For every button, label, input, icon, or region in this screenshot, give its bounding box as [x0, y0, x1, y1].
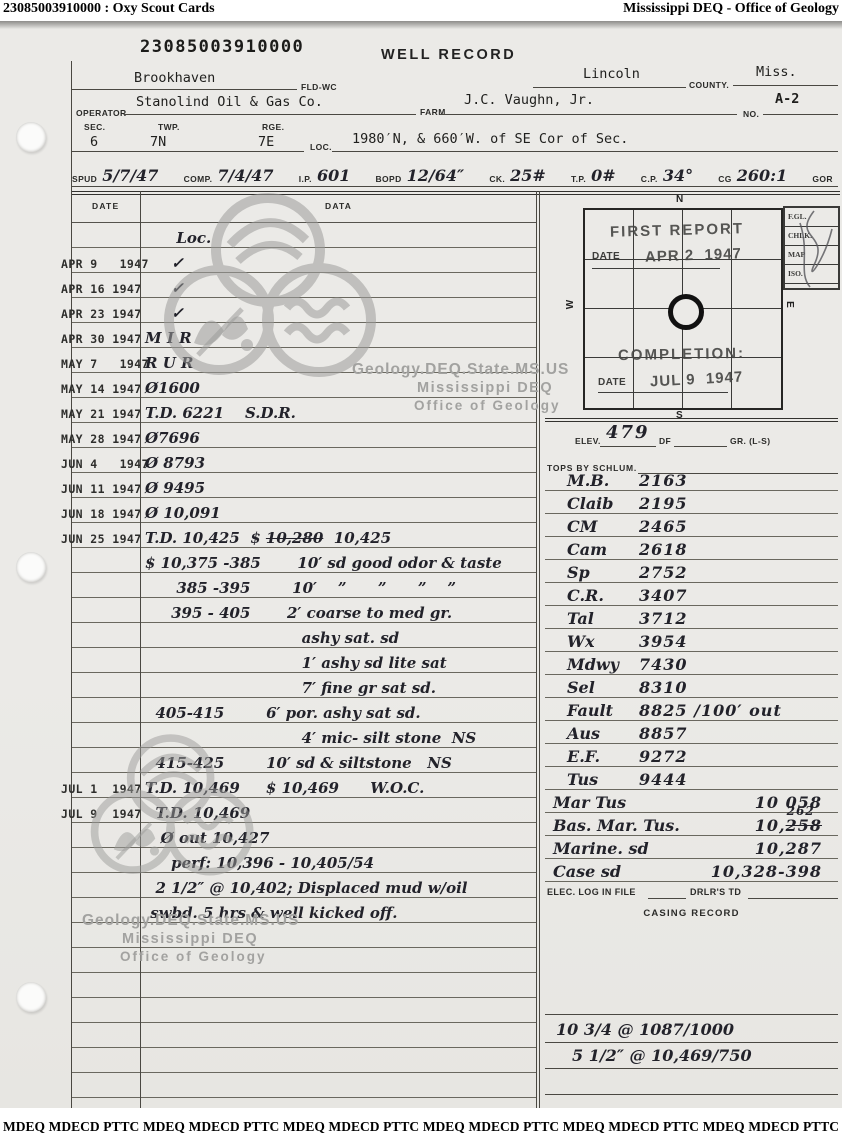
- footer-token: MDECD: [608, 1119, 659, 1135]
- table-row: [72, 1048, 536, 1073]
- top-depth-corrected: 262: [787, 804, 815, 818]
- row-date-stamp: [61, 971, 139, 972]
- table-row: JUN 4 1947Ø 8793: [72, 448, 536, 473]
- table-row: MAY 14 1947Ø1600: [72, 373, 536, 398]
- tops-entry: Marine. sd10,287: [545, 836, 838, 859]
- footer-token: PTTC: [803, 1119, 839, 1135]
- elevation-df-underline: [674, 446, 727, 447]
- spud-segment-value: 25#: [510, 166, 546, 185]
- row-data-pre: Ø1600: [145, 379, 200, 397]
- top-depth: 10,287: [755, 839, 822, 858]
- row-date-stamp: [61, 1046, 139, 1047]
- tops-entry: Fault8825 /100′ out: [545, 698, 838, 721]
- date-column-divider: [140, 191, 141, 1123]
- row-data-text: 395 - 405 2′ coarse to med gr.: [139, 604, 536, 622]
- row-data-text: M I R: [139, 329, 536, 347]
- right-divider-line: [545, 421, 838, 422]
- spud-segment-value: 34°: [663, 166, 693, 185]
- row-date-stamp: JUN 18 1947: [61, 507, 139, 522]
- table-row: [72, 1073, 536, 1098]
- scanned-well-record-page: 23085003910000 : Oxy Scout Cards Mississ…: [0, 0, 842, 1139]
- row-data-pre: T.D. 10,425 $: [145, 529, 266, 547]
- row-data-pre: Loc.: [145, 229, 211, 247]
- field-underline: [72, 89, 297, 90]
- state-underline: [733, 85, 838, 86]
- top-depth-value: 10,328-398: [711, 862, 822, 881]
- twp-label: TWP.: [158, 122, 180, 132]
- top-name: Mdwy: [567, 655, 639, 674]
- casing-line: [545, 1068, 838, 1069]
- spud-line-segment: COMP.7/4/47: [184, 166, 274, 185]
- row-data-pre: swbd. 5 hrs & well kicked off.: [145, 904, 397, 922]
- footer-token: MDEQ: [143, 1119, 185, 1135]
- table-row: 405-415 6′ por. ashy sat sd.: [72, 698, 536, 723]
- row-data-pre: 7′ fine gr sat sd.: [145, 679, 436, 697]
- table-header-date: DATE: [92, 201, 119, 211]
- row-data-text: ✓: [139, 254, 536, 272]
- top-depth-value: 10,287: [755, 839, 822, 858]
- well-no-value: A-2: [775, 91, 799, 107]
- row-date-stamp: [61, 946, 139, 947]
- top-depth: 9272: [639, 747, 688, 766]
- top-name: Sp: [567, 563, 639, 582]
- casing-line: [545, 1042, 838, 1043]
- row-data-pre: ashy sat. sd: [145, 629, 399, 647]
- str-underline: [72, 151, 304, 152]
- table-row: perf: 10,396 - 10,405/54: [72, 848, 536, 873]
- footer-token: PTTC: [243, 1119, 279, 1135]
- row-data-text: Loc.: [139, 229, 536, 247]
- table-row: 2 1/2″ @ 10,402; Displaced mud w/oil: [72, 873, 536, 898]
- row-data-text: swbd. 5 hrs & well kicked off.: [139, 904, 536, 922]
- row-date-stamp: [61, 1096, 139, 1097]
- hole-punch: [16, 122, 46, 152]
- well-symbol: [668, 294, 704, 330]
- row-date-stamp: [61, 921, 139, 922]
- row-date-stamp: JUN 4 1947: [61, 457, 139, 472]
- table-row: 1′ ashy sd lite sat: [72, 648, 536, 673]
- footer-token: PTTC: [103, 1119, 139, 1135]
- top-depth: 3954: [639, 632, 688, 651]
- table-row: JUN 18 1947Ø 10,091: [72, 498, 536, 523]
- row-data-text: T.D. 6221 S.D.R.: [139, 404, 536, 422]
- header-right-text: Mississippi DEQ - Office of Geology: [623, 1, 839, 20]
- first-report-stamp: FIRST REPORT: [610, 220, 744, 241]
- elevation-value: 479: [606, 422, 650, 443]
- table-row: APR 9 1947 ✓: [72, 248, 536, 273]
- row-data-pre: Ø 10,091: [145, 504, 221, 522]
- row-data-pre: Ø7696: [145, 429, 200, 447]
- table-row: APR 23 1947 ✓: [72, 298, 536, 323]
- spud-segment-label: GOR: [812, 174, 833, 185]
- table-row: 4′ mic- silt stone NS: [72, 723, 536, 748]
- row-data-text: 4′ mic- silt stone NS: [139, 729, 536, 747]
- row-date-stamp: JUN 25 1947: [61, 532, 139, 547]
- table-row: MAY 7 1947R U R: [72, 348, 536, 373]
- row-date-stamp: [61, 896, 139, 897]
- spud-line-segment: I.P.601: [299, 166, 351, 185]
- casing-record-title: CASING RECORD: [545, 908, 838, 919]
- farm-underline: [440, 114, 737, 115]
- top-name: Cam: [567, 540, 639, 559]
- top-depth: 2618: [639, 540, 688, 559]
- row-data-pre: ✓: [145, 279, 184, 297]
- top-depth: 2195: [639, 494, 688, 513]
- spud-completion-line: SPUD5/7/47 COMP.7/4/47 I.P.601 BOPD12/64…: [72, 155, 838, 185]
- operator-value: Stanolind Oil & Gas Co.: [136, 94, 323, 110]
- county-value: Lincoln: [583, 66, 640, 82]
- tops-entry: Cam2618: [545, 537, 838, 560]
- table-header-data: DATA: [325, 201, 352, 211]
- completion-underline: [598, 392, 728, 393]
- header-left-text: 23085003910000 : Oxy Scout Cards: [3, 1, 215, 20]
- well-no-label: NO.: [743, 109, 759, 119]
- top-name: CM: [567, 517, 639, 536]
- spud-segment-label: C.P.: [641, 174, 658, 185]
- hole-punch: [16, 982, 46, 1012]
- footer-token: PTTC: [523, 1119, 559, 1135]
- top-depth-struck: 258: [786, 816, 822, 835]
- tops-entry: Tus9444: [545, 767, 838, 790]
- top-name: E.F.: [567, 747, 639, 766]
- table-row: Loc.: [72, 223, 536, 248]
- top-name: Fault: [567, 701, 639, 720]
- top-name: Bas. Mar. Tus.: [553, 816, 680, 835]
- row-date-stamp: [61, 746, 139, 747]
- row-data-text: Ø out 10,427: [139, 829, 536, 847]
- scan-area: 23085003910000 WELL RECORD Brookhaven FL…: [0, 21, 842, 1108]
- table-top-line: [72, 191, 840, 192]
- row-data-text: perf: 10,396 - 10,405/54: [139, 854, 536, 872]
- table-row: ashy sat. sd: [72, 623, 536, 648]
- row-data-pre: R U R: [145, 354, 193, 372]
- elec-log-underline: [648, 898, 686, 899]
- tops-entry: Bas. Mar. Tus.10,262258: [545, 813, 838, 836]
- table-row: JUL 1 1947T.D. 10,469 $ 10,469 W.O.C.: [72, 773, 536, 798]
- table-row: APR 30 1947M I R: [72, 323, 536, 348]
- row-data-text: 415-425 10′ sd & siltstone NS: [139, 754, 536, 772]
- table-top-line: [72, 194, 840, 195]
- row-date-stamp: [61, 571, 139, 572]
- row-date-stamp: [61, 621, 139, 622]
- row-data-pre: ✓: [145, 254, 184, 272]
- row-date-stamp: [61, 671, 139, 672]
- top-depth-value: 10,: [755, 816, 786, 835]
- row-data-pre: perf: 10,396 - 10,405/54: [145, 854, 374, 872]
- table-row: MAY 28 1947Ø7696: [72, 423, 536, 448]
- row-data-pre: T.D. 10,469: [145, 804, 250, 822]
- table-row: APR 16 1947 ✓: [72, 273, 536, 298]
- table-row: 415-425 10′ sd & siltstone NS: [72, 748, 536, 773]
- compass-s: S: [676, 410, 683, 421]
- table-row: [72, 948, 536, 973]
- spud-segment-label: CK.: [489, 174, 505, 185]
- top-name: Mar Tus: [553, 793, 626, 812]
- row-data-pre: Ø 9495: [145, 479, 205, 497]
- sec-label: SEC.: [84, 122, 105, 132]
- tops-entry: Claib2195: [545, 491, 838, 514]
- footer-token: MDEQ: [423, 1119, 465, 1135]
- footer-token: MDECD: [748, 1119, 799, 1135]
- row-data-text: ✓: [139, 279, 536, 297]
- spud-segment-label: T.P.: [571, 174, 586, 185]
- row-data-text: Ø7696: [139, 429, 536, 447]
- top-depth: 7430: [639, 655, 688, 674]
- top-depth: 3407: [639, 586, 688, 605]
- loc-label: LOC.: [310, 142, 332, 152]
- row-data-pre: 395 - 405 2′ coarse to med gr.: [145, 604, 452, 622]
- footer-token: MDEQ: [283, 1119, 325, 1135]
- spud-segment-label: SPUD: [72, 174, 97, 185]
- footer-token: PTTC: [663, 1119, 699, 1135]
- top-name: Marine. sd: [553, 839, 649, 858]
- table-row: 385 -395 10′ ” ” ” ”: [72, 573, 536, 598]
- row-date-stamp: [61, 596, 139, 597]
- completion-stamp: COMPLETION:: [618, 345, 745, 364]
- viewer-footer-bar: MDEQ MDECD PTTC MDEQ MDECD PTTC MDEQ MDE…: [0, 1108, 842, 1139]
- row-data-text: 1′ ashy sd lite sat: [139, 654, 536, 672]
- first-report-underline: [592, 268, 720, 269]
- row-data-pre: T.D. 6221 S.D.R.: [145, 404, 296, 422]
- top-depth: 2465: [639, 517, 688, 536]
- compass-e: E: [784, 301, 795, 308]
- table-row: [72, 998, 536, 1023]
- top-depth: 8825 /100′ out: [639, 701, 782, 720]
- tops-entry: Case sd10,328-398: [545, 859, 838, 882]
- rge-label: RGE.: [262, 122, 284, 132]
- row-data-post: 10,425: [323, 529, 391, 547]
- row-date-stamp: MAY 28 1947: [61, 432, 139, 447]
- row-date-stamp: [61, 996, 139, 997]
- row-date-stamp: [61, 246, 139, 247]
- footer-token: MDECD: [329, 1119, 380, 1135]
- row-date-stamp: JUL 1 1947: [61, 782, 139, 797]
- top-name: Sel: [567, 678, 639, 697]
- row-data-pre: 415-425 10′ sd & siltstone NS: [145, 754, 452, 772]
- row-data-pre: 2 1/2″ @ 10,402; Displaced mud w/oil: [145, 879, 468, 897]
- top-name: Wx: [567, 632, 639, 651]
- row-data-text: ashy sat. sd: [139, 629, 536, 647]
- row-date-stamp: APR 16 1947: [61, 282, 139, 297]
- top-depth: 10,262258: [755, 816, 822, 835]
- top-name: Tal: [567, 609, 639, 628]
- county-label: COUNTY.: [689, 80, 729, 90]
- row-date-stamp: APR 23 1947: [61, 307, 139, 322]
- rge-value: 7E: [258, 134, 274, 150]
- casing-entry: 5 1/2″ @ 10,469/750: [572, 1046, 752, 1065]
- row-data-text: ✓: [139, 304, 536, 322]
- row-date-stamp: MAY 14 1947: [61, 382, 139, 397]
- top-depth: 2752: [639, 563, 688, 582]
- table-row: JUN 11 1947Ø 9495: [72, 473, 536, 498]
- tops-entry: CM2465: [545, 514, 838, 537]
- row-date-stamp: [61, 1021, 139, 1022]
- table-row: 395 - 405 2′ coarse to med gr.: [72, 598, 536, 623]
- elevation-df-label: DF: [659, 436, 671, 446]
- row-data-text: Ø 9495: [139, 479, 536, 497]
- spud-line-segment: T.P.0#: [571, 166, 616, 185]
- row-date-stamp: [61, 721, 139, 722]
- row-data-pre: 1′ ashy sd lite sat: [145, 654, 447, 672]
- row-data-pre: 385 -395 10′ ” ” ” ”: [145, 579, 456, 597]
- row-data-pre: Ø 8793: [145, 454, 205, 472]
- spud-segment-value: 7/4/47: [217, 166, 273, 185]
- row-date-stamp: JUN 11 1947: [61, 482, 139, 497]
- spud-segment-value: 601: [317, 166, 350, 185]
- row-date-stamp: APR 9 1947: [61, 257, 139, 272]
- top-name: M.B.: [567, 471, 639, 490]
- row-data-pre: ✓: [145, 304, 184, 322]
- top-depth: 2163: [639, 471, 688, 490]
- top-name: Case sd: [553, 862, 625, 881]
- elevation-gr-label: GR. (L-S): [730, 436, 770, 446]
- row-data-text: 2 1/2″ @ 10,402; Displaced mud w/oil: [139, 879, 536, 897]
- casing-entry: 10 3/4 @ 1087/1000: [556, 1020, 734, 1039]
- tops-entry: Mdwy7430: [545, 652, 838, 675]
- table-row: [72, 973, 536, 998]
- row-data-text: R U R: [139, 354, 536, 372]
- row-data-text: T.D. 10,425 $ 10,280 10,425: [139, 529, 536, 547]
- stamp-number: 23085003910000: [140, 37, 304, 57]
- tops-entry: Sp2752: [545, 560, 838, 583]
- footer-token: MDEQ: [563, 1119, 605, 1135]
- spud-segment-label: CG: [718, 174, 732, 185]
- spud-line-segment: C.P.34°: [641, 166, 693, 185]
- tops-entry: Tal3712: [545, 606, 838, 629]
- loc-value: 1980′N, & 660′W. of SE Cor of Sec.: [352, 131, 628, 147]
- page-title: WELL RECORD: [381, 47, 516, 63]
- row-data-pre: Ø out 10,427: [145, 829, 269, 847]
- row-data-text: Ø1600: [139, 379, 536, 397]
- right-divider-line: [545, 418, 838, 419]
- elevation-label: ELEV.: [575, 436, 601, 446]
- signature-scrawl-icon: [780, 203, 842, 295]
- scan-top-edge: [0, 21, 842, 29]
- row-date-stamp: [61, 846, 139, 847]
- table-row: [72, 1023, 536, 1048]
- row-data-pre: 405-415 6′ por. ashy sat sd.: [145, 704, 421, 722]
- tops-entry: C.R.3407: [545, 583, 838, 606]
- table-row: MAY 21 1947T.D. 6221 S.D.R.: [72, 398, 536, 423]
- tops-entry: Wx3954: [545, 629, 838, 652]
- casing-line: [545, 1014, 838, 1015]
- hole-punch: [16, 552, 46, 582]
- drlrs-td-underline: [748, 898, 838, 899]
- tops-list: M.B.2163 Claib2195 CM2465 Cam2618 Sp2752…: [545, 468, 838, 790]
- row-data-pre: M I R: [145, 329, 192, 347]
- row-data-text: 385 -395 10′ ” ” ” ”: [139, 579, 536, 597]
- table-row: JUN 25 1947T.D. 10,425 $ 10,280 10,425: [72, 523, 536, 548]
- table-row: [72, 923, 536, 948]
- row-date-stamp: MAY 7 1947: [61, 357, 139, 372]
- elec-log-label: ELEC. LOG IN FILE: [547, 887, 636, 897]
- row-date-stamp: [61, 646, 139, 647]
- row-date-stamp: JUL 9 1947: [61, 807, 139, 822]
- spud-segment-value: 0#: [591, 166, 616, 185]
- row-data-text: Ø 10,091: [139, 504, 536, 522]
- table-row: $ 10,375 -385 10′ sd good odor & taste: [72, 548, 536, 573]
- casing-line: [545, 1094, 838, 1095]
- tops-entry: Sel8310: [545, 675, 838, 698]
- table-row: 7′ fine gr sat sd.: [72, 673, 536, 698]
- farm-label: FARM: [420, 107, 446, 117]
- tops-lower-list: Mar Tus10 058 Bas. Mar. Tus.10,262258 Ma…: [545, 790, 838, 882]
- row-data-struck: 10,280: [266, 529, 323, 547]
- row-date-stamp: MAY 21 1947: [61, 407, 139, 422]
- compass-w: W: [565, 300, 576, 309]
- top-depth: 9444: [639, 770, 688, 789]
- row-data-text: T.D. 10,469 $ 10,469 W.O.C.: [139, 779, 536, 797]
- county-underline: [533, 87, 686, 88]
- spud-segment-label: BOPD: [375, 174, 401, 185]
- first-report-date-stamp: APR 2 1947: [645, 245, 742, 265]
- top-name: Aus: [567, 724, 639, 743]
- first-report-date-label: DATE: [592, 251, 620, 262]
- top-name: C.R.: [567, 586, 639, 605]
- spud-line-segment: CG260:1: [718, 166, 787, 185]
- tops-entry: M.B.2163: [545, 468, 838, 491]
- viewer-header-bar: 23085003910000 : Oxy Scout Cards Mississ…: [0, 0, 842, 21]
- state-value: Miss.: [756, 64, 797, 80]
- twp-value: 7N: [150, 134, 166, 150]
- top-depth: 8310: [639, 678, 688, 697]
- sec-value: 6: [90, 134, 98, 150]
- field-label: FLD-WC: [301, 82, 337, 92]
- spud-segment-value: 260:1: [737, 166, 787, 185]
- top-depth: 10,328-398: [711, 862, 822, 881]
- well-no-underline: [763, 114, 838, 115]
- footer-token: MDECD: [468, 1119, 519, 1135]
- spud-segment-label: COMP.: [184, 174, 213, 185]
- footer-token: MDECD: [189, 1119, 240, 1135]
- footer-token: MDECD: [49, 1119, 100, 1135]
- row-data-text: Ø 8793: [139, 454, 536, 472]
- spud-underline: [72, 186, 838, 187]
- footer-token: PTTC: [383, 1119, 419, 1135]
- row-date-stamp: [61, 696, 139, 697]
- operator-label: OPERATOR: [76, 108, 127, 118]
- spud-line-segment: GOR: [812, 174, 838, 185]
- completion-date-label: DATE: [598, 377, 626, 388]
- row-data-text: 405-415 6′ por. ashy sat sd.: [139, 704, 536, 722]
- footer-token: MDEQ: [703, 1119, 745, 1135]
- drlrs-td-label: DRLR'S TD: [690, 887, 741, 897]
- farm-value: J.C. Vaughn, Jr.: [464, 92, 594, 108]
- top-depth-correction: 262258: [786, 816, 822, 835]
- well-record-table: Loc. APR 9 1947 ✓ APR 16 1947 ✓ APR 23 1…: [72, 222, 536, 1098]
- row-date-stamp: APR 30 1947: [61, 332, 139, 347]
- tops-entry: E.F.9272: [545, 744, 838, 767]
- compass-n: N: [676, 194, 683, 205]
- top-name: Claib: [567, 494, 639, 513]
- elevation-underline: [600, 446, 656, 447]
- table-row: Ø out 10,427: [72, 823, 536, 848]
- row-data-text: 7′ fine gr sat sd.: [139, 679, 536, 697]
- tops-entry: Aus8857: [545, 721, 838, 744]
- row-data-text: $ 10,375 -385 10′ sd good odor & taste: [139, 554, 536, 572]
- footer-token: MDEQ: [3, 1119, 45, 1135]
- row-data-pre: $ 10,375 -385 10′ sd good odor & taste: [145, 554, 502, 572]
- row-date-stamp: [61, 771, 139, 772]
- table-row: JUL 9 1947 T.D. 10,469: [72, 798, 536, 823]
- top-depth: 3712: [639, 609, 688, 628]
- row-data-pre: T.D. 10,469 $ 10,469 W.O.C.: [145, 779, 424, 797]
- table-row: swbd. 5 hrs & well kicked off.: [72, 898, 536, 923]
- spud-line-segment: CK.25#: [489, 166, 546, 185]
- row-date-stamp: [61, 871, 139, 872]
- spud-segment-value: 12/64″: [407, 166, 465, 185]
- row-date-stamp: [61, 1071, 139, 1072]
